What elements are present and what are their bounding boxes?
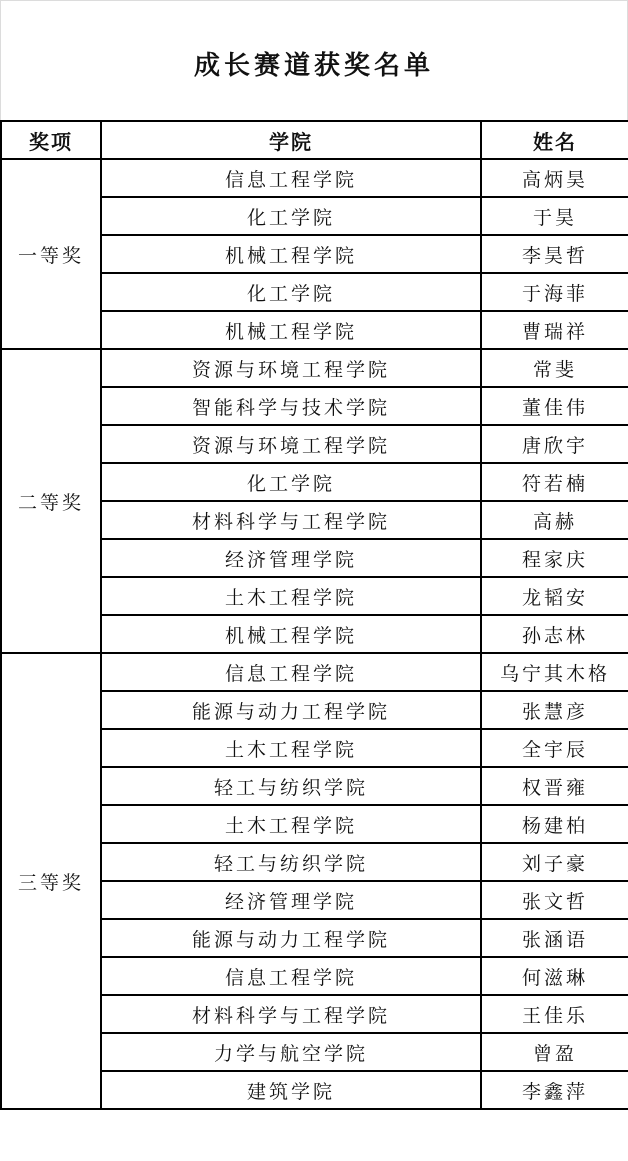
name-cell: 唐欣宇 [481, 425, 628, 463]
college-cell: 资源与环境工程学院 [101, 349, 481, 387]
header-name: 姓名 [481, 121, 628, 159]
name-cell: 符若楠 [481, 463, 628, 501]
name-cell: 曾盈 [481, 1033, 628, 1071]
name-cell: 于海菲 [481, 273, 628, 311]
college-cell: 机械工程学院 [101, 311, 481, 349]
college-cell: 能源与动力工程学院 [101, 919, 481, 957]
name-cell: 常斐 [481, 349, 628, 387]
college-cell: 土木工程学院 [101, 729, 481, 767]
name-cell: 孙志林 [481, 615, 628, 653]
header-level: 奖项 [1, 121, 101, 159]
college-cell: 土木工程学院 [101, 805, 481, 843]
college-cell: 信息工程学院 [101, 957, 481, 995]
college-cell: 机械工程学院 [101, 615, 481, 653]
award-table: 奖项 学院 姓名 一等奖 信息工程学院 高炳昊 化工学院 于昊 机械工程学院 李… [0, 120, 628, 1110]
college-cell: 土木工程学院 [101, 577, 481, 615]
name-cell: 董佳伟 [481, 387, 628, 425]
college-cell: 能源与动力工程学院 [101, 691, 481, 729]
award-level-third: 三等奖 [1, 653, 101, 1109]
college-cell: 信息工程学院 [101, 159, 481, 197]
name-cell: 刘子豪 [481, 843, 628, 881]
page-title: 成长赛道获奖名单 [194, 45, 434, 82]
college-cell: 信息工程学院 [101, 653, 481, 691]
table-body: 一等奖 信息工程学院 高炳昊 化工学院 于昊 机械工程学院 李昊哲 化工学院 于… [1, 159, 628, 1109]
name-cell: 全宇辰 [481, 729, 628, 767]
name-cell: 于昊 [481, 197, 628, 235]
table-row: 一等奖 信息工程学院 高炳昊 [1, 159, 628, 197]
name-cell: 杨建柏 [481, 805, 628, 843]
college-cell: 经济管理学院 [101, 539, 481, 577]
name-cell: 曹瑞祥 [481, 311, 628, 349]
college-cell: 材料科学与工程学院 [101, 995, 481, 1033]
college-cell: 化工学院 [101, 197, 481, 235]
table-row: 三等奖 信息工程学院 乌宁其木格 [1, 653, 628, 691]
table-row: 二等奖 资源与环境工程学院 常斐 [1, 349, 628, 387]
name-cell: 李昊哲 [481, 235, 628, 273]
college-cell: 轻工与纺织学院 [101, 843, 481, 881]
name-cell: 张涵语 [481, 919, 628, 957]
name-cell: 何滋琳 [481, 957, 628, 995]
college-cell: 力学与航空学院 [101, 1033, 481, 1071]
name-cell: 张文哲 [481, 881, 628, 919]
college-cell: 智能科学与技术学院 [101, 387, 481, 425]
name-cell: 龙韬安 [481, 577, 628, 615]
name-cell: 乌宁其木格 [481, 653, 628, 691]
title-area: 成长赛道获奖名单 [0, 0, 628, 120]
name-cell: 权晋雍 [481, 767, 628, 805]
name-cell: 李鑫萍 [481, 1071, 628, 1109]
name-cell: 程家庆 [481, 539, 628, 577]
award-level-second: 二等奖 [1, 349, 101, 653]
header-row: 奖项 学院 姓名 [1, 121, 628, 159]
college-cell: 轻工与纺织学院 [101, 767, 481, 805]
name-cell: 张慧彦 [481, 691, 628, 729]
college-cell: 材料科学与工程学院 [101, 501, 481, 539]
college-cell: 资源与环境工程学院 [101, 425, 481, 463]
name-cell: 高赫 [481, 501, 628, 539]
college-cell: 建筑学院 [101, 1071, 481, 1109]
header-college: 学院 [101, 121, 481, 159]
college-cell: 化工学院 [101, 273, 481, 311]
college-cell: 经济管理学院 [101, 881, 481, 919]
award-level-first: 一等奖 [1, 159, 101, 349]
name-cell: 王佳乐 [481, 995, 628, 1033]
name-cell: 高炳昊 [481, 159, 628, 197]
college-cell: 化工学院 [101, 463, 481, 501]
college-cell: 机械工程学院 [101, 235, 481, 273]
